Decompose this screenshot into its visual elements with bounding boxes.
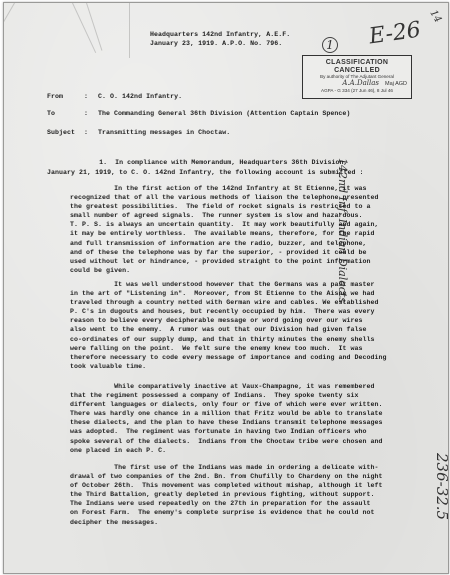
- classification-stamp: CLASSIFICATION CANCELLED By authority of…: [302, 55, 412, 99]
- fold-crease: [129, 3, 130, 58]
- to-value: The Commanding General 36th Division (At…: [98, 110, 350, 119]
- fold-crease: [3, 3, 15, 42]
- stamp-classification: CLASSIFICATION: [303, 59, 411, 67]
- header-line-1: Headquarters 142nd Infantry, A.E.F.: [150, 31, 290, 40]
- fold-crease: [86, 3, 102, 51]
- header-line-2: January 23, 1919. A.P.O. No. 796.: [150, 40, 282, 49]
- paragraph-4: While comparatively inactive at Vaux-Cha…: [70, 382, 383, 455]
- circled-number: 1: [322, 37, 338, 53]
- handwritten-archive-number: 236-32.5: [433, 453, 449, 520]
- from-label: From: [47, 93, 63, 102]
- subject-separator: :: [84, 129, 88, 138]
- handwritten-corner-mark: 14: [427, 8, 443, 25]
- paragraph-2: In the first action of the 142nd Infantr…: [70, 184, 379, 275]
- stamp-reference: AGPA - G 334 (27 Jun 46), 8 Jul 46: [303, 88, 411, 94]
- from-value: C. O. 142nd Infantry.: [98, 93, 182, 102]
- subject-label: Subject: [47, 129, 75, 138]
- from-separator: :: [84, 93, 88, 102]
- document-page: Headquarters 142nd Infantry, A.E.F. Janu…: [3, 2, 449, 574]
- stamp-rank: Maj AGD: [385, 81, 407, 87]
- to-label: To: [47, 110, 55, 119]
- stamp-cancelled: CANCELLED: [303, 67, 411, 74]
- handwritten-file-number: E-26: [368, 18, 423, 50]
- subject-value: Transmitting messages in Choctaw.: [98, 129, 230, 138]
- stamp-signature: A.A.Dallas: [342, 79, 379, 87]
- paragraph-3: It was well understood however that the …: [70, 280, 387, 371]
- fold-crease: [72, 3, 96, 53]
- paragraph-1: 1. In compliance with Memorandum, Headqu…: [47, 158, 364, 178]
- to-separator: :: [84, 110, 88, 119]
- paragraph-5: The first use of the Indians was made in…: [70, 463, 383, 527]
